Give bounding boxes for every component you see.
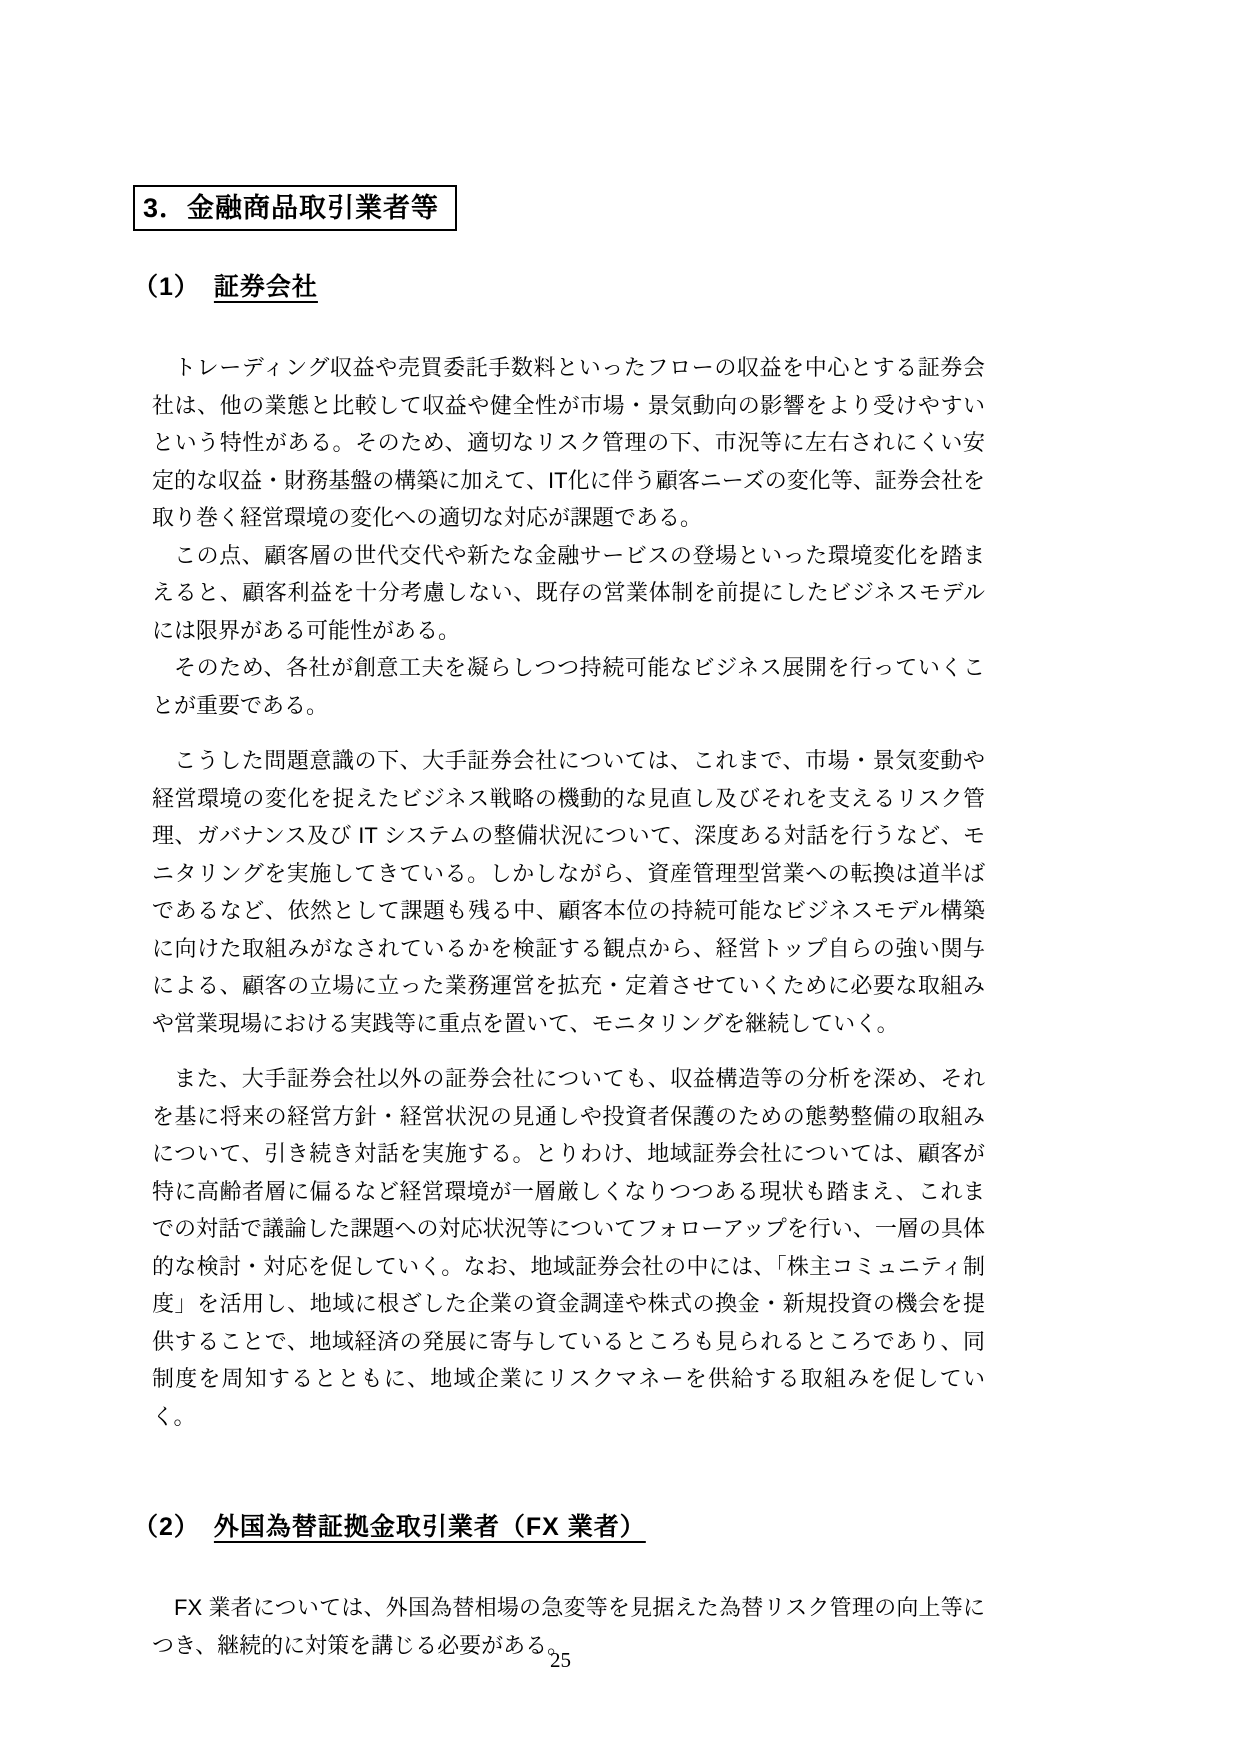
- paragraph: そのため、各社が創意工夫を凝らしつつ持続可能なビジネス展開を行っていくことが重要…: [152, 649, 985, 724]
- chapter-heading-box: 3．金融商品取引業者等: [133, 185, 457, 231]
- paragraph: また、大手証券会社以外の証券会社についても、収益構造等の分析を深め、それを基に将…: [152, 1060, 985, 1435]
- page-content: 3．金融商品取引業者等 （1）証券会社 トレーディング収益や売買委託手数料といっ…: [133, 185, 988, 1664]
- section-2-heading: （2）外国為替証拠金取引業者（FX 業者）: [133, 1507, 988, 1543]
- section-2-title: 外国為替証拠金取引業者（FX 業者）: [214, 1513, 646, 1541]
- paragraph: この点、顧客層の世代交代や新たな金融サービスの登場といった環境変化を踏まえると、…: [152, 537, 985, 650]
- paragraph: トレーディング収益や売買委託手数料といったフローの収益を中心とする証券会社は、他…: [152, 349, 985, 537]
- paragraph: こうした問題意識の下、大手証券会社については、これまで、市場・景気変動や経営環境…: [152, 742, 985, 1042]
- section-1-heading: （1）証券会社: [133, 267, 988, 303]
- section-1-title: 証券会社: [214, 273, 318, 301]
- document-page: 3．金融商品取引業者等 （1）証券会社 トレーディング収益や売買委託手数料といっ…: [0, 0, 1241, 1754]
- section-1-label: （1）: [133, 273, 200, 301]
- page-number: 25: [133, 1648, 988, 1673]
- section-1-body: トレーディング収益や売買委託手数料といったフローの収益を中心とする証券会社は、他…: [152, 349, 985, 1435]
- section-2-label: （2）: [133, 1513, 200, 1541]
